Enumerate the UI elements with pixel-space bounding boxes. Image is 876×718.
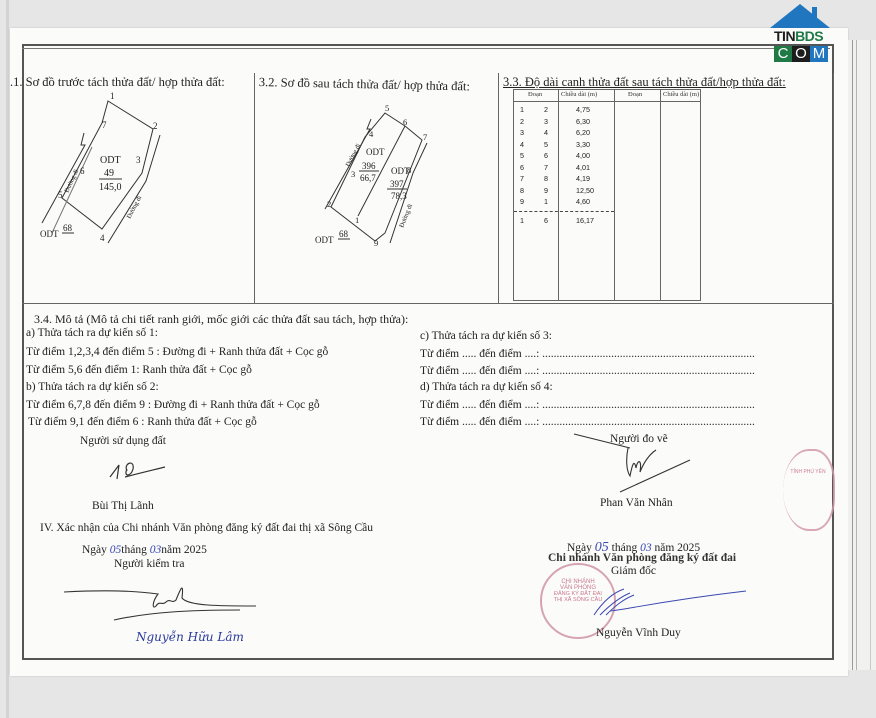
svg-text:68: 68 (63, 223, 73, 233)
svg-text:Đường đi: Đường đi (345, 143, 363, 168)
table-row: 564,00 (514, 151, 614, 161)
svg-text:7: 7 (423, 132, 427, 142)
tinbds-logo: TINBDS C O M (770, 4, 830, 62)
inspector-label: Người kiểm tra (114, 558, 184, 570)
table-row: 784,19 (514, 174, 614, 184)
edge-length-table: Đoạn Chiều dài (m) Đoạn Chiều dài (m) 12… (513, 89, 701, 301)
svg-text:5: 5 (58, 190, 63, 200)
svg-text:ODT: ODT (100, 155, 121, 166)
table-row: 1 6 16,17 (514, 216, 614, 226)
section-3-1: .1. Sơ đồ trước tách thửa đất/ hợp thửa … (22, 73, 254, 304)
svg-text:397: 397 (390, 179, 404, 189)
section-4-title: IV. Xác nhận của Chi nhánh Văn phòng đăn… (40, 522, 373, 534)
svg-text:145,0: 145,0 (99, 182, 122, 193)
svg-text:78,3: 78,3 (391, 191, 407, 201)
parcel-diagram-before: 1 2 3 4 5 6 7 ODT 49 145,0 ODT 68 Đường … (22, 73, 254, 303)
svg-text:1: 1 (110, 91, 115, 101)
next-page-edge (848, 40, 876, 670)
svg-text:2: 2 (327, 199, 331, 209)
land-user-name: Bùi Thị Lãnh (92, 500, 154, 512)
svg-text:6: 6 (403, 117, 407, 127)
table-header: Đoạn Chiều dài (m) Đoạn Chiều dài (m) (514, 90, 700, 102)
parcel-diagram-after: 5 6 7 8 9 1 2 3 4 ODT 396 66,7 ODT 397 7… (255, 73, 499, 303)
section-3-diagrams: .1. Sơ đồ trước tách thửa đất/ hợp thửa … (22, 73, 832, 305)
table-row: 124,75 (514, 105, 614, 115)
svg-text:396: 396 (362, 161, 376, 171)
surveyor-signature (570, 428, 710, 498)
table-row: 236,30 (514, 117, 614, 127)
svg-text:1: 1 (355, 215, 359, 225)
director-signature (590, 585, 750, 625)
scan-edge (6, 0, 9, 718)
director-name: Nguyễn Vĩnh Duy (596, 627, 681, 639)
svg-text:49: 49 (104, 168, 114, 179)
inspector-name: Nguyễn Hữu Lâm (136, 630, 244, 644)
land-user-signature (105, 455, 175, 485)
section-3-4-title: 3.4. Mô tả (Mô tả chi tiết ranh giới, mố… (34, 312, 408, 327)
svg-text:ODT: ODT (315, 235, 334, 245)
land-user-label: Người sử dụng đất (80, 435, 166, 447)
svg-text:9: 9 (374, 238, 378, 248)
side-stamp: TỈNH PHÚ YÊN (783, 449, 835, 531)
svg-text:4: 4 (100, 233, 105, 243)
svg-text:ODT: ODT (391, 166, 410, 176)
svg-text:7: 7 (102, 120, 107, 130)
table-row: 674,01 (514, 163, 614, 173)
table-row: 914,60 (514, 197, 614, 207)
svg-text:68: 68 (339, 229, 349, 239)
svg-text:5: 5 (385, 103, 389, 113)
table-row: 8912,50 (514, 186, 614, 196)
section-3-2: 3.2. Sơ đồ sau tách thửa đất/ hợp thửa đ… (254, 73, 499, 304)
section-3-3: 3.3. Độ dài canh thửa đất sau tách thửa … (498, 73, 834, 304)
svg-text:4: 4 (369, 129, 374, 139)
svg-text:6: 6 (80, 166, 85, 176)
table-row: 346,20 (514, 128, 614, 138)
surveyor-name: Phan Văn Nhân (600, 497, 673, 509)
table-row: 453,30 (514, 140, 614, 150)
svg-text:Đường đi: Đường đi (126, 195, 144, 220)
section-3-3-title: 3.3. Độ dài canh thửa đất sau tách thửa … (503, 75, 786, 90)
svg-text:3: 3 (136, 155, 141, 165)
inspection-date: Ngày 05tháng 03năm 2025 (82, 544, 207, 556)
svg-text:3: 3 (351, 169, 355, 179)
svg-text:2: 2 (153, 121, 158, 131)
svg-text:Đường đi: Đường đi (398, 203, 414, 229)
svg-text:ODT: ODT (366, 147, 385, 157)
director-label: Giám đốc (611, 565, 656, 577)
svg-text:ODT: ODT (40, 229, 59, 239)
svg-text:66,7: 66,7 (360, 173, 376, 183)
inspector-signature (60, 580, 260, 635)
